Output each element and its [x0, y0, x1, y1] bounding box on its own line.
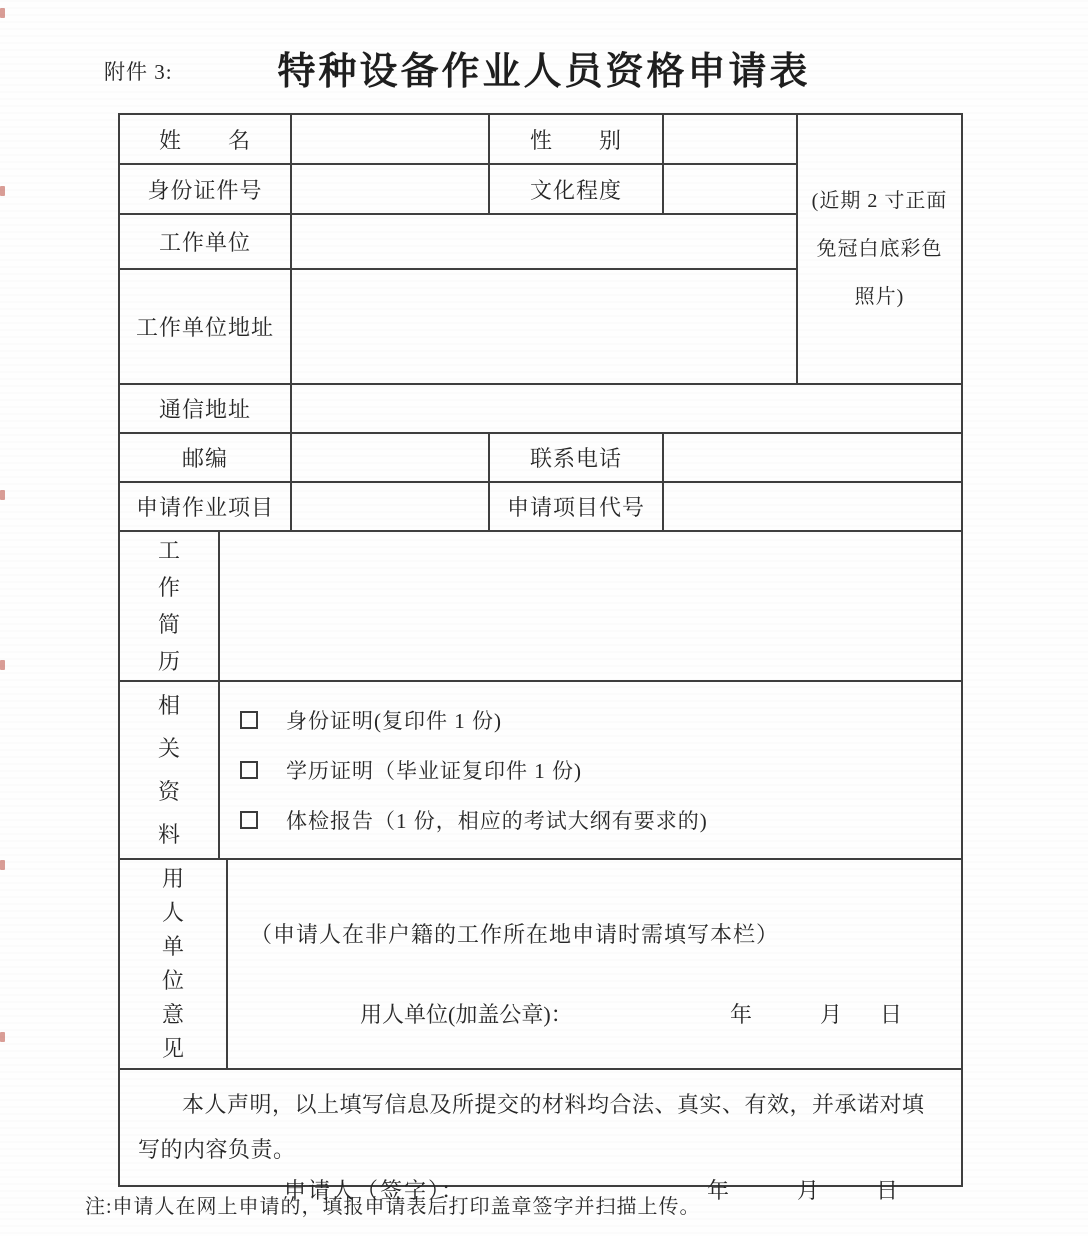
applied-project-code-field-cell — [664, 483, 961, 530]
row-work-unit: 工作单位 — [120, 215, 796, 270]
scan-artifact — [0, 8, 5, 18]
applied-project-field-cell — [292, 483, 490, 530]
row-postal-phone: 邮编 联系电话 — [120, 434, 961, 483]
personal-info-section: 姓 名 性 别 身份证件号 文化程度 工作单位 工作单位地址 — [120, 115, 961, 385]
material-item-id-proof: 身份证明(复印件 1 份) — [240, 705, 961, 735]
employer-opinion-content: （申请人在非户籍的工作所在地申请时需填写本栏） 用人单位(加盖公章)： 年 月 … — [228, 860, 961, 1068]
education-field-cell — [664, 165, 796, 213]
row-name-gender: 姓 名 性 别 — [120, 115, 796, 165]
scan-artifact — [0, 1032, 5, 1042]
material-item-label: 身份证明(复印件 1 份) — [286, 705, 502, 735]
material-item-label: 体检报告（1 份，相应的考试大纲有要求的) — [286, 805, 708, 835]
row-id-education: 身份证件号 文化程度 — [120, 165, 796, 215]
declaration-text: 本人声明，以上填写信息及所提交的材料均合法、真实、有效，并承诺对填写的内容负责。 — [138, 1082, 940, 1172]
footer-note: 注:申请人在网上申请的，填报申请表后打印盖章签字并扫描上传。 — [85, 1190, 701, 1219]
work-history-field-cell — [220, 532, 961, 680]
checkbox-icon — [240, 811, 258, 829]
month-label: 月 — [797, 1174, 819, 1205]
year-label: 年 — [707, 1174, 729, 1205]
photo-note-line: (近期 2 寸正面 — [812, 177, 948, 225]
scanned-form-page: 附件 3: 特种设备作业人员资格申请表 姓 名 性 别 身份证件号 文化程度 — [0, 0, 1088, 1236]
postal-code-label: 邮编 — [120, 434, 292, 481]
day-label: 日 — [880, 998, 902, 1029]
page-title: 特种设备作业人员资格申请表 — [0, 40, 1088, 95]
checkbox-icon — [240, 761, 258, 779]
scan-artifact — [0, 860, 5, 870]
work-unit-address-field-cell — [292, 270, 796, 383]
id-number-label: 身份证件号 — [120, 165, 292, 213]
mailing-address-field-cell — [292, 385, 961, 432]
application-form-table: 姓 名 性 别 身份证件号 文化程度 工作单位 工作单位地址 — [118, 113, 963, 1187]
photo-note-line: 免冠白底彩色 — [817, 225, 943, 273]
employer-seal-label: 用人单位(加盖公章)： — [360, 998, 573, 1029]
photo-placeholder-cell: (近期 2 寸正面 免冠白底彩色 照片) — [796, 115, 961, 383]
gender-label: 性 别 — [490, 115, 664, 163]
name-label: 姓 名 — [120, 115, 292, 163]
phone-field-cell — [664, 434, 961, 481]
photo-note-line: 照片) — [855, 273, 905, 321]
work-unit-label: 工作单位 — [120, 215, 292, 268]
row-related-materials: 相关资料 身份证明(复印件 1 份) 学历证明（毕业证复印件 1 份) 体检报告… — [120, 682, 961, 860]
name-field-cell — [292, 115, 490, 163]
declaration-cell: 本人声明，以上填写信息及所提交的材料均合法、真实、有效，并承诺对填写的内容负责。… — [120, 1070, 961, 1185]
work-unit-address-label: 工作单位地址 — [120, 270, 292, 383]
material-item-education-proof: 学历证明（毕业证复印件 1 份) — [240, 755, 961, 785]
month-label: 月 — [820, 998, 842, 1029]
related-materials-label: 相关资料 — [120, 682, 220, 858]
row-project: 申请作业项目 申请项目代号 — [120, 483, 961, 532]
related-materials-content: 身份证明(复印件 1 份) 学历证明（毕业证复印件 1 份) 体检报告（1 份，… — [220, 682, 961, 858]
row-declaration: 本人声明，以上填写信息及所提交的材料均合法、真实、有效，并承诺对填写的内容负责。… — [120, 1070, 961, 1185]
gender-field-cell — [664, 115, 796, 163]
education-label: 文化程度 — [490, 165, 664, 213]
applied-project-label: 申请作业项目 — [120, 483, 292, 530]
row-work-unit-address: 工作单位地址 — [120, 270, 796, 383]
employer-sign-row: 用人单位(加盖公章)： 年 月 日 — [228, 998, 961, 1028]
scan-artifact — [0, 186, 5, 196]
postal-code-field-cell — [292, 434, 490, 481]
phone-label: 联系电话 — [490, 434, 664, 481]
row-employer-opinion: 用人单位意见 （申请人在非户籍的工作所在地申请时需填写本栏） 用人单位(加盖公章… — [120, 860, 961, 1070]
scan-artifact — [0, 660, 5, 670]
row-mailing-address: 通信地址 — [120, 385, 961, 434]
material-item-label: 学历证明（毕业证复印件 1 份) — [286, 755, 582, 785]
mailing-address-label: 通信地址 — [120, 385, 292, 432]
applied-project-code-label: 申请项目代号 — [490, 483, 664, 530]
row-work-history: 工作简历 — [120, 532, 961, 682]
checkbox-icon — [240, 711, 258, 729]
work-history-label: 工作简历 — [120, 532, 220, 680]
day-label: 日 — [876, 1174, 898, 1205]
work-unit-field-cell — [292, 215, 796, 268]
employer-opinion-note: （申请人在非户籍的工作所在地申请时需填写本栏） — [250, 918, 779, 949]
id-number-field-cell — [292, 165, 490, 213]
year-label: 年 — [730, 998, 752, 1029]
scan-artifact — [0, 490, 5, 500]
material-item-medical-report: 体检报告（1 份，相应的考试大纲有要求的) — [240, 805, 961, 835]
employer-opinion-label: 用人单位意见 — [120, 860, 228, 1068]
